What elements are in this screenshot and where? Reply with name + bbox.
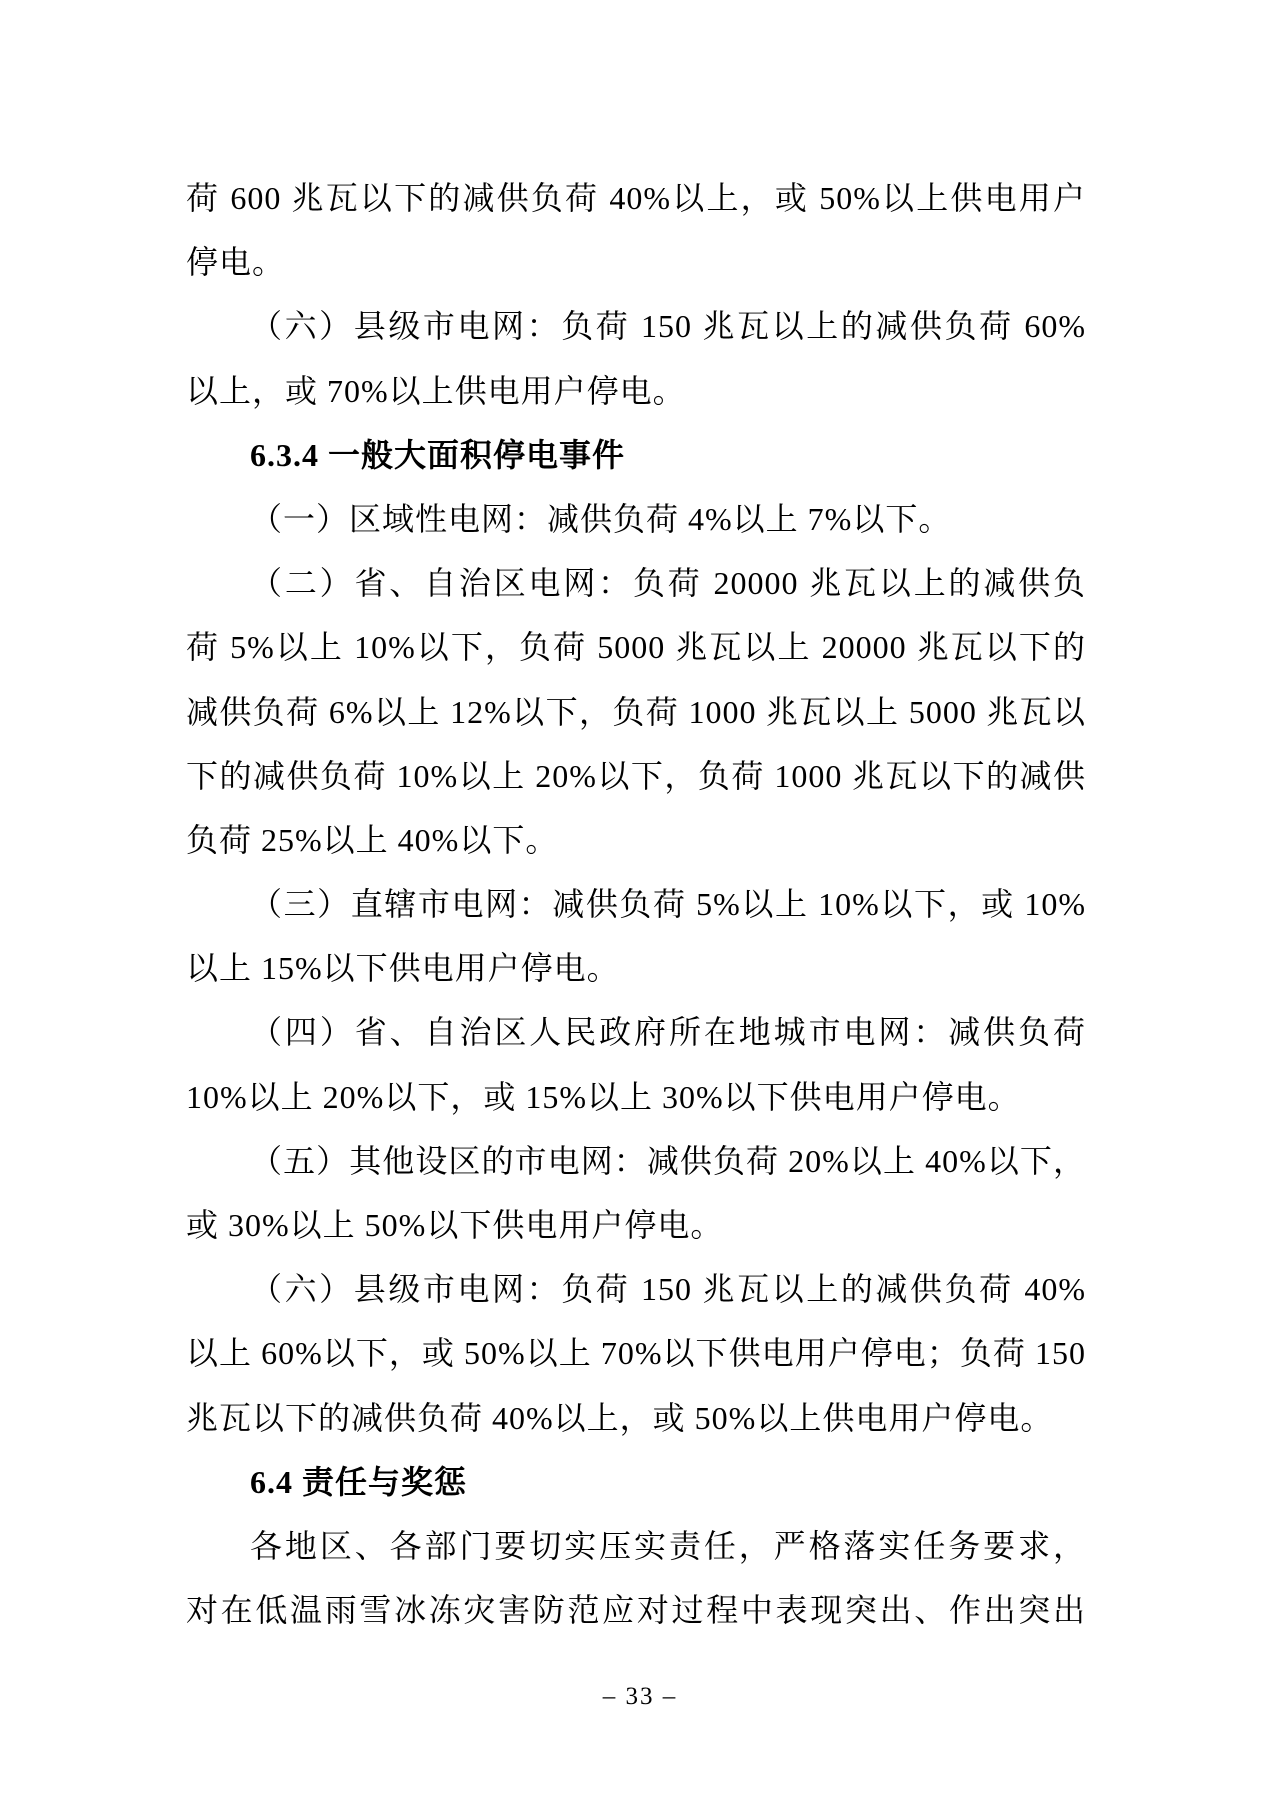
list-item-line: （五）其他设区的市电网：减供负荷 20%以上 40%以下， [186, 1129, 1086, 1193]
text-line: 以上 15%以下供电用户停电。 [186, 936, 1086, 1000]
list-item-line: （四）省、自治区人民政府所在地城市电网：减供负荷 [186, 1000, 1086, 1064]
text-line: 下的减供负荷 10%以上 20%以下，负荷 1000 兆瓦以下的减供 [186, 744, 1086, 808]
section-heading-64: 6.4 责任与奖惩 [186, 1450, 1086, 1514]
document-body: 荷 600 兆瓦以下的减供负荷 40%以上，或 50%以上供电用户 停电。 （六… [186, 166, 1086, 1642]
text-line: 停电。 [186, 230, 1086, 294]
list-item-line: （六）县级市电网：负荷 150 兆瓦以上的减供负荷 40% [186, 1257, 1086, 1321]
page-number: – 33 – [0, 1682, 1280, 1712]
section-heading-634: 6.3.4 一般大面积停电事件 [186, 423, 1086, 487]
text-line: 负荷 25%以上 40%以下。 [186, 808, 1086, 872]
text-line: 或 30%以上 50%以下供电用户停电。 [186, 1193, 1086, 1257]
text-line: 对在低温雨雪冰冻灾害防范应对过程中表现突出、作出突出 [186, 1578, 1086, 1642]
list-item-line: （六）县级市电网：负荷 150 兆瓦以上的减供负荷 60% [186, 294, 1086, 358]
text-line: 减供负荷 6%以上 12%以下，负荷 1000 兆瓦以上 5000 兆瓦以 [186, 680, 1086, 744]
text-line: 以上 60%以下，或 50%以上 70%以下供电用户停电；负荷 150 [186, 1321, 1086, 1385]
list-item-line: （一）区域性电网：减供负荷 4%以上 7%以下。 [186, 487, 1086, 551]
text-line: 荷 5%以上 10%以下，负荷 5000 兆瓦以上 20000 兆瓦以下的 [186, 615, 1086, 679]
document-page: 荷 600 兆瓦以下的减供负荷 40%以上，或 50%以上供电用户 停电。 （六… [0, 0, 1280, 1809]
list-item-line: （三）直辖市电网：减供负荷 5%以上 10%以下，或 10% [186, 872, 1086, 936]
text-line: 各地区、各部门要切实压实责任，严格落实任务要求， [186, 1514, 1086, 1578]
list-item-line: （二）省、自治区电网：负荷 20000 兆瓦以上的减供负 [186, 551, 1086, 615]
text-line: 10%以上 20%以下，或 15%以上 30%以下供电用户停电。 [186, 1065, 1086, 1129]
text-line: 荷 600 兆瓦以下的减供负荷 40%以上，或 50%以上供电用户 [186, 166, 1086, 230]
text-line: 以上，或 70%以上供电用户停电。 [186, 359, 1086, 423]
text-line: 兆瓦以下的减供负荷 40%以上，或 50%以上供电用户停电。 [186, 1386, 1086, 1450]
